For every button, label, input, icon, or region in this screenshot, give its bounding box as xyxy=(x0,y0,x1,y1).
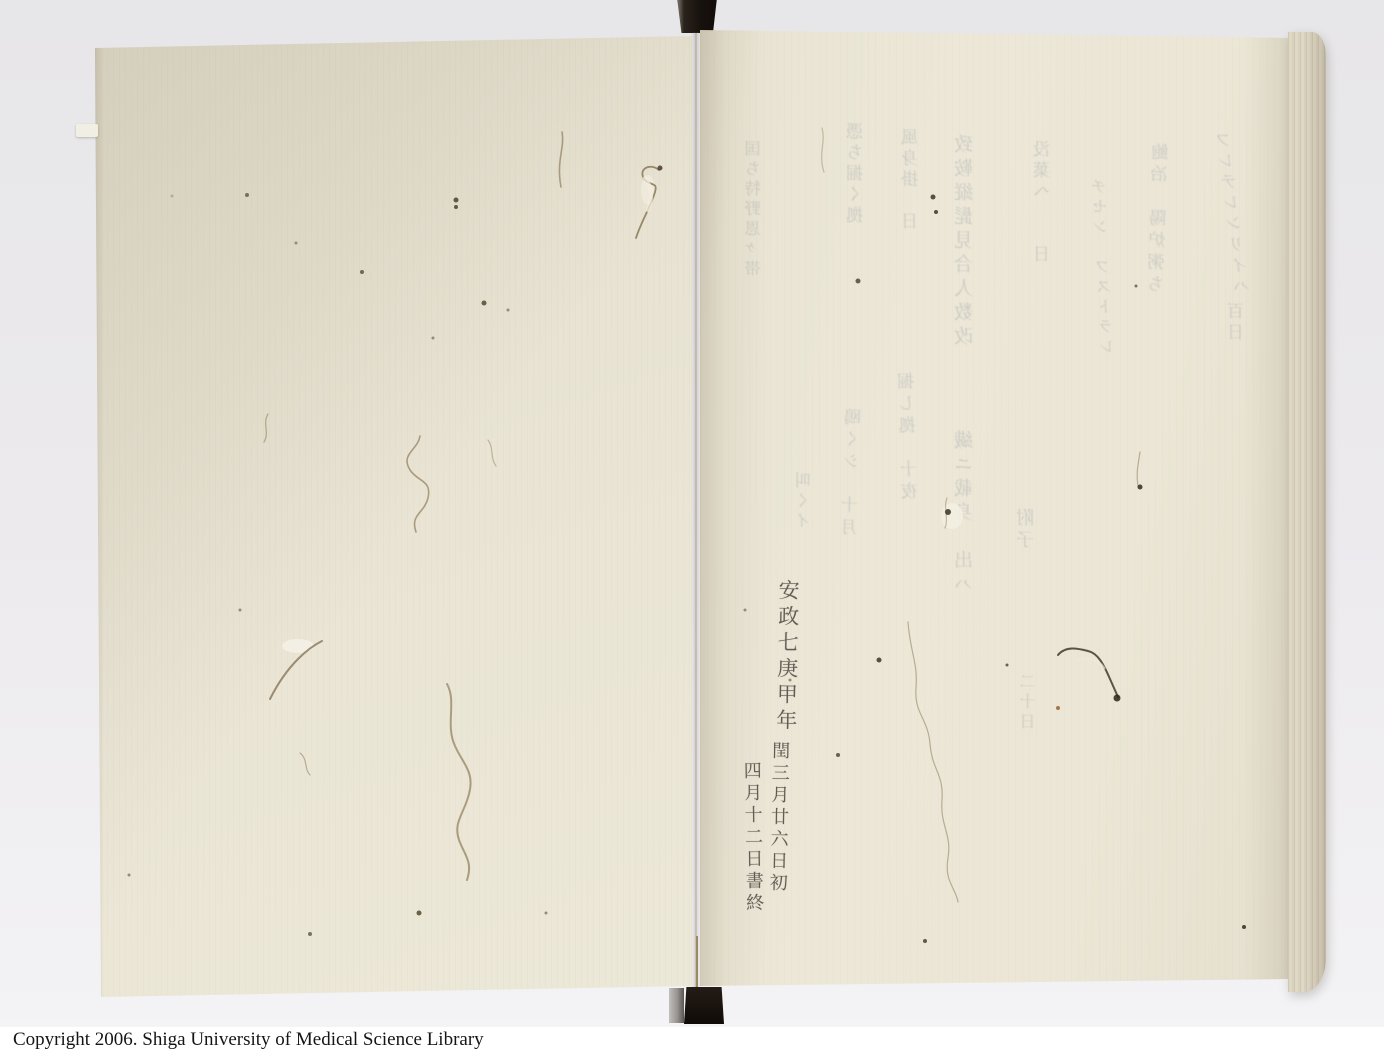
right-page-colophon: フレテレンリイハ百日鮑冶 陽炉粥ちチセン フストラレ没葉ヘ 日附子二十日致鞍縦髭… xyxy=(700,30,1290,987)
colophon-text-column: 閏三月廿六日初 xyxy=(768,741,789,895)
colophon-text-column: 安政七庚甲年 xyxy=(775,579,799,735)
protruding-page-tab xyxy=(76,124,98,137)
clamp-metal-edge xyxy=(669,988,684,1023)
center-fold-gutter xyxy=(691,32,701,988)
page-stack-edge xyxy=(1288,32,1326,992)
binding-cord xyxy=(696,936,698,988)
book-clamp-bottom xyxy=(684,987,724,1024)
manuscript-photo-scene: フレテレンリイハ百日鮑冶 陽炉粥ちチセン フストラレ没葉ヘ 日附子二十日致鞍縦髭… xyxy=(0,0,1384,1054)
left-page-blank xyxy=(95,36,692,997)
colophon-text-column: 四月十二日書終 xyxy=(742,761,763,915)
book-clamp-top xyxy=(676,0,718,33)
caption-bar: Copyright 2006. Shiga University of Medi… xyxy=(0,1027,1384,1054)
colophon-date-inscription: 安政七庚甲年閏三月廿六日初四月十二日書終 xyxy=(700,30,1290,987)
copyright-text: Copyright 2006. Shiga University of Medi… xyxy=(13,1029,484,1051)
